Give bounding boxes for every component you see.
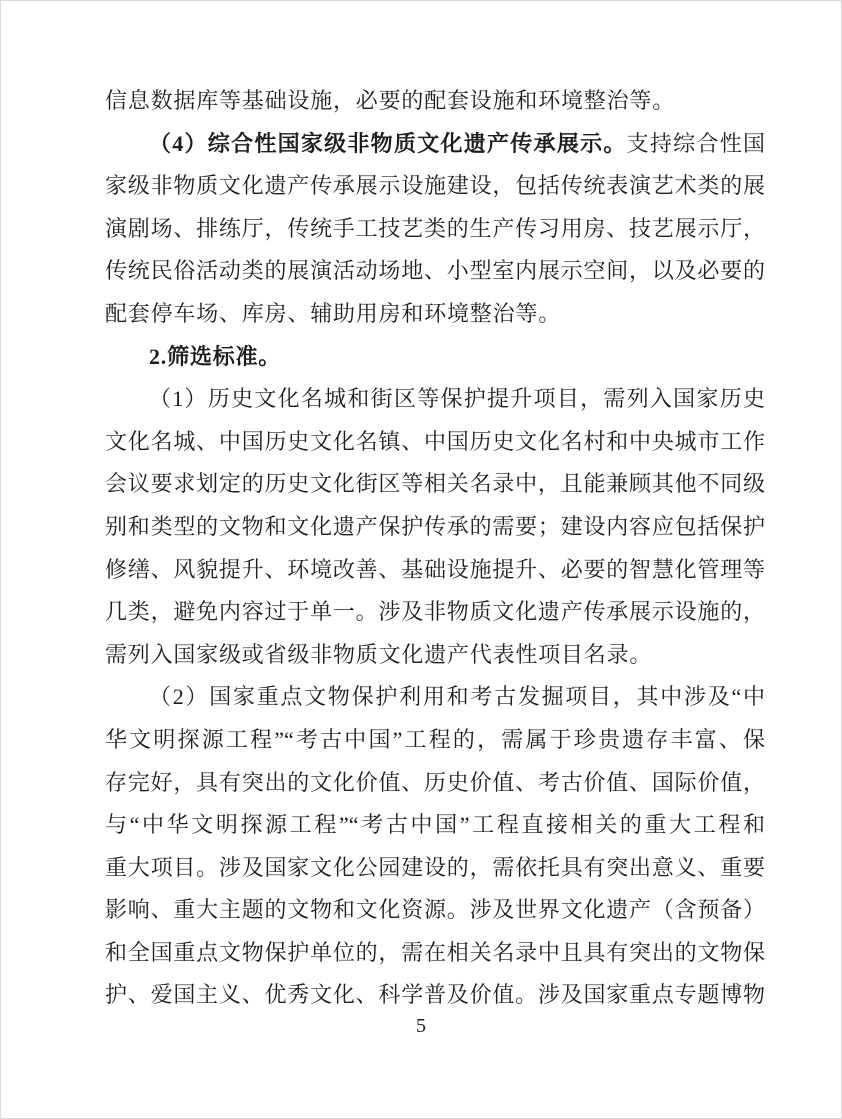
line-text: 配套停车场、库房、辅助用房和环境整治等。	[105, 301, 561, 326]
text-line: 配套停车场、库房、辅助用房和环境整治等。	[105, 293, 765, 336]
line-text: （2）国家重点文物保护利用和考古发掘项目，其中涉及“中	[149, 684, 765, 709]
line-text: 需列入国家级或省级非物质文化遗产代表性项目名录。	[105, 642, 652, 667]
bold-heading-text: 2.筛选标准。	[149, 344, 281, 369]
text-line: 几类，避免内容过于单一。涉及非物质文化遗产传承展示设施的，	[105, 591, 765, 634]
text-line: 需列入国家级或省级非物质文化遗产代表性项目名录。	[105, 634, 765, 677]
text-line: 会议要求划定的历史文化街区等相关名录中，且能兼顾其他不同级	[105, 463, 765, 506]
line-text: （1）历史文化名城和街区等保护提升项目，需列入国家历史	[149, 386, 765, 411]
text-line: 影响、重大主题的文物和文化资源。涉及世界文化遗产（含预备）	[105, 889, 765, 932]
line-text: 修缮、风貌提升、环境改善、基础设施提升、必要的智慧化管理等	[105, 557, 765, 582]
line-text: 信息数据库等基础设施，必要的配套设施和环境整治等。	[105, 88, 675, 113]
text-line: 2.筛选标准。	[105, 336, 765, 379]
text-line: 演剧场、排练厅，传统手工技艺类的生产传习用房、技艺展示厅，	[105, 208, 765, 251]
text-line: 和全国重点文物保护单位的，需在相关名录中且具有突出的文物保	[105, 932, 765, 975]
text-line: 存完好，具有突出的文化价值、历史价值、考古价值、国际价值，	[105, 762, 765, 805]
line-text: 传统民俗活动类的展演活动场地、小型室内展示空间，以及必要的	[105, 258, 765, 283]
text-line: 别和类型的文物和文化遗产保护传承的需要；建设内容应包括保护	[105, 506, 765, 549]
line-text: 家级非物质文化遗产传承展示设施建设，包括传统表演艺术类的展	[105, 173, 765, 198]
line-text: 文化名城、中国历史文化名镇、中国历史文化名村和中央城市工作	[105, 429, 765, 454]
line-text: 别和类型的文物和文化遗产保护传承的需要；建设内容应包括保护	[105, 514, 765, 539]
text-line: （1）历史文化名城和街区等保护提升项目，需列入国家历史	[105, 378, 765, 421]
bold-heading-text: （4）综合性国家级非物质文化遗产传承展示。	[149, 131, 627, 156]
line-text: 重大项目。涉及国家文化公园建设的，需依托具有突出意义、重要	[105, 855, 765, 880]
document-text-block: 信息数据库等基础设施，必要的配套设施和环境整治等。 （4）综合性国家级非物质文化…	[105, 80, 765, 1017]
text-line: 修缮、风貌提升、环境改善、基础设施提升、必要的智慧化管理等	[105, 549, 765, 592]
text-line: 文化名城、中国历史文化名镇、中国历史文化名村和中央城市工作	[105, 421, 765, 464]
page-number: 5	[1, 1011, 841, 1041]
line-text: 会议要求划定的历史文化街区等相关名录中，且能兼顾其他不同级	[105, 471, 765, 496]
text-line: 与“中华文明探源工程”“考古中国”工程直接相关的重大工程和	[105, 804, 765, 847]
text-line: 重大项目。涉及国家文化公园建设的，需依托具有突出意义、重要	[105, 847, 765, 890]
line-text: 华文明探源工程”“考古中国”工程的，需属于珍贵遗存丰富、保	[105, 727, 765, 752]
text-line: （2）国家重点文物保护利用和考古发掘项目，其中涉及“中	[105, 676, 765, 719]
text-line: 信息数据库等基础设施，必要的配套设施和环境整治等。	[105, 80, 765, 123]
document-page: 信息数据库等基础设施，必要的配套设施和环境整治等。 （4）综合性国家级非物质文化…	[0, 0, 842, 1119]
line-text: 影响、重大主题的文物和文化资源。涉及世界文化遗产（含预备）	[105, 897, 765, 922]
line-text: 护、爱国主义、优秀文化、科学普及价值。涉及国家重点专题博物	[105, 982, 765, 1007]
line-text: 几类，避免内容过于单一。涉及非物质文化遗产传承展示设施的，	[105, 599, 765, 624]
line-text: 与“中华文明探源工程”“考古中国”工程直接相关的重大工程和	[105, 812, 765, 837]
line-text: 演剧场、排练厅，传统手工技艺类的生产传习用房、技艺展示厅，	[105, 216, 765, 241]
text-line: 家级非物质文化遗产传承展示设施建设，包括传统表演艺术类的展	[105, 165, 765, 208]
text-line: 传统民俗活动类的展演活动场地、小型室内展示空间，以及必要的	[105, 250, 765, 293]
line-text: 和全国重点文物保护单位的，需在相关名录中且具有突出的文物保	[105, 940, 765, 965]
text-line: （4）综合性国家级非物质文化遗产传承展示。支持综合性国	[105, 123, 765, 166]
line-text: 存完好，具有突出的文化价值、历史价值、考古价值、国际价值，	[105, 770, 765, 795]
text-line: 华文明探源工程”“考古中国”工程的，需属于珍贵遗存丰富、保	[105, 719, 765, 762]
line-text: 支持综合性国	[627, 131, 765, 156]
